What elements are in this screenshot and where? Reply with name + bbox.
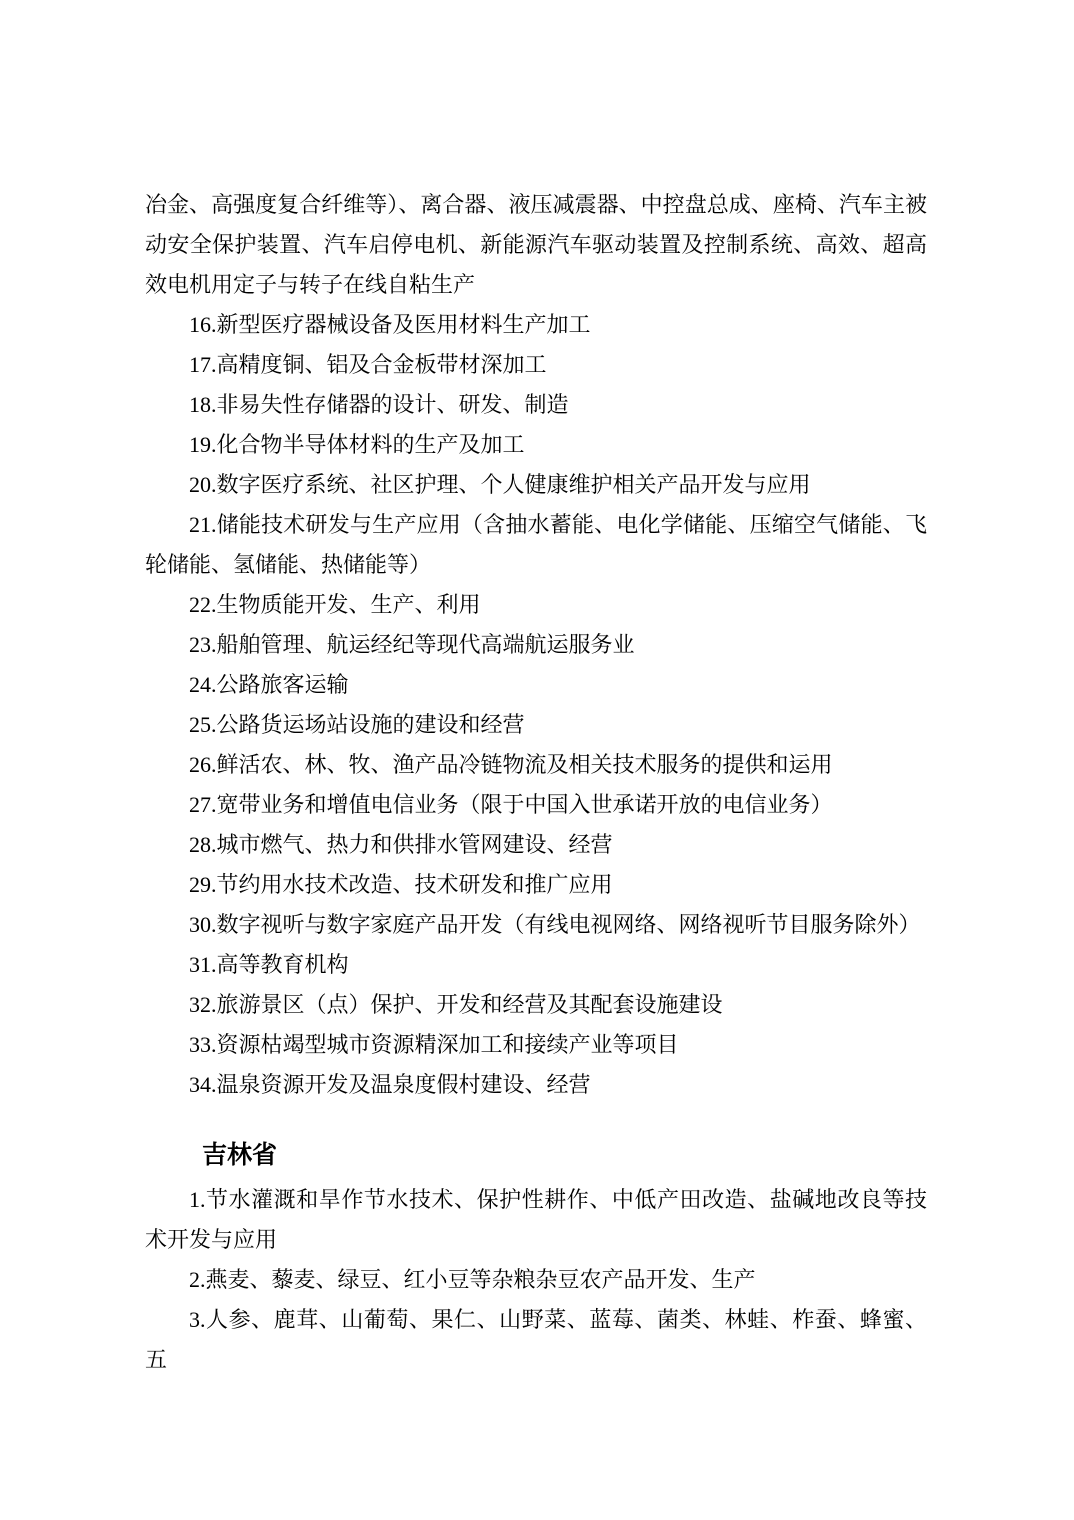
section-heading: 吉林省	[145, 1135, 927, 1175]
list-item: 28.城市燃气、热力和供排水管网建设、经营	[145, 825, 927, 865]
list-item: 21.储能技术研发与生产应用（含抽水蓄能、电化学储能、压缩空气储能、飞轮储能、氢…	[145, 505, 927, 585]
paragraph-continuation: 冶金、高强度复合纤维等）、离合器、液压减震器、中控盘总成、座椅、汽车主被动安全保…	[145, 185, 927, 305]
list-item: 27.宽带业务和增值电信业务（限于中国入世承诺开放的电信业务）	[145, 785, 927, 825]
list-item: 26.鲜活农、林、牧、渔产品冷链物流及相关技术服务的提供和运用	[145, 745, 927, 785]
numbered-list-main: 16.新型医疗器械设备及医用材料生产加工17.高精度铜、铝及合金板带材深加工18…	[145, 305, 927, 1105]
list-item: 17.高精度铜、铝及合金板带材深加工	[145, 345, 927, 385]
list-item: 24.公路旅客运输	[145, 665, 927, 705]
list-item: 18.非易失性存储器的设计、研发、制造	[145, 385, 927, 425]
numbered-list-section: 1.节水灌溉和旱作节水技术、保护性耕作、中低产田改造、盐碱地改良等技术开发与应用…	[145, 1180, 927, 1380]
list-item: 2.燕麦、藜麦、绿豆、红小豆等杂粮杂豆农产品开发、生产	[145, 1260, 927, 1300]
list-item: 25.公路货运场站设施的建设和经营	[145, 705, 927, 745]
list-item: 31.高等教育机构	[145, 945, 927, 985]
list-item: 1.节水灌溉和旱作节水技术、保护性耕作、中低产田改造、盐碱地改良等技术开发与应用	[145, 1180, 927, 1260]
list-item: 22.生物质能开发、生产、利用	[145, 585, 927, 625]
list-item: 23.船舶管理、航运经纪等现代高端航运服务业	[145, 625, 927, 665]
list-item: 16.新型医疗器械设备及医用材料生产加工	[145, 305, 927, 345]
document-page: 冶金、高强度复合纤维等）、离合器、液压减震器、中控盘总成、座椅、汽车主被动安全保…	[0, 0, 1074, 1520]
list-item: 32.旅游景区（点）保护、开发和经营及其配套设施建设	[145, 985, 927, 1025]
list-item: 30.数字视听与数字家庭产品开发（有线电视网络、网络视听节目服务除外）	[145, 905, 927, 945]
list-item: 20.数字医疗系统、社区护理、个人健康维护相关产品开发与应用	[145, 465, 927, 505]
list-item: 34.温泉资源开发及温泉度假村建设、经营	[145, 1065, 927, 1105]
list-item: 33.资源枯竭型城市资源精深加工和接续产业等项目	[145, 1025, 927, 1065]
list-item: 29.节约用水技术改造、技术研发和推广应用	[145, 865, 927, 905]
list-item: 3.人参、鹿茸、山葡萄、果仁、山野菜、蓝莓、菌类、林蛙、柞蚕、蜂蜜、五	[145, 1300, 927, 1380]
list-item: 19.化合物半导体材料的生产及加工	[145, 425, 927, 465]
